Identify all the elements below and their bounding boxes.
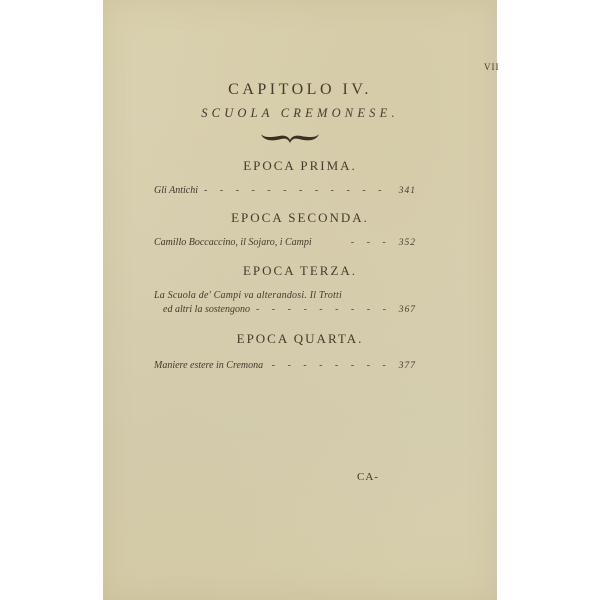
- toc-entry-label: ed altri la sostengono: [163, 304, 250, 315]
- toc-page-number: 341: [399, 186, 416, 196]
- toc-dot-leader: - - - - - - - -: [269, 360, 391, 371]
- book-page: VII CAPITOLO IV. SCUOLA CREMONESE. EPOCA…: [103, 0, 497, 600]
- toc-entry-label-line1: La Scuola de' Campi va alterandosi. Il T…: [154, 290, 342, 301]
- toc-entry-label: Maniere estere in Cremona: [154, 360, 263, 371]
- toc-entry[interactable]: Gli Antichi - - - - - - - - - - - - - - …: [154, 185, 416, 196]
- swash-ornament-icon: [259, 130, 321, 148]
- toc-entry[interactable]: Camillo Boccaccino, il Sojaro, i Campi -…: [154, 237, 416, 248]
- scanned-book-page-view: VII CAPITOLO IV. SCUOLA CREMONESE. EPOCA…: [0, 0, 600, 600]
- section-heading-epoca-quarta: EPOCA QUARTA.: [103, 331, 497, 347]
- section-heading-epoca-terza: EPOCA TERZA.: [103, 263, 497, 279]
- chapter-title: CAPITOLO IV.: [103, 81, 497, 99]
- toc-dot-leader: - - - - - - - - -: [256, 304, 391, 315]
- catchword: CA-: [357, 471, 379, 483]
- toc-dot-leader: - - -: [318, 237, 391, 248]
- toc-page-number: 367: [399, 305, 416, 315]
- section-heading-epoca-seconda: EPOCA SECONDA.: [103, 210, 497, 226]
- toc-entry[interactable]: Maniere estere in Cremona - - - - - - - …: [154, 360, 416, 371]
- toc-entry-label: Camillo Boccaccino, il Sojaro, i Campi: [154, 237, 312, 248]
- toc-page-number: 377: [399, 361, 416, 371]
- section-heading-epoca-prima: EPOCA PRIMA.: [103, 158, 497, 174]
- toc-entry-label: Gli Antichi: [154, 185, 198, 196]
- toc-dot-leader: - - - - - - - - - - - - - -: [204, 185, 391, 196]
- page-folio-number: VII: [484, 62, 500, 72]
- toc-entry[interactable]: ed altri la sostengono - - - - - - - - -…: [163, 304, 416, 315]
- toc-page-number: 352: [399, 238, 416, 248]
- school-title: SCUOLA CREMONESE.: [103, 106, 497, 121]
